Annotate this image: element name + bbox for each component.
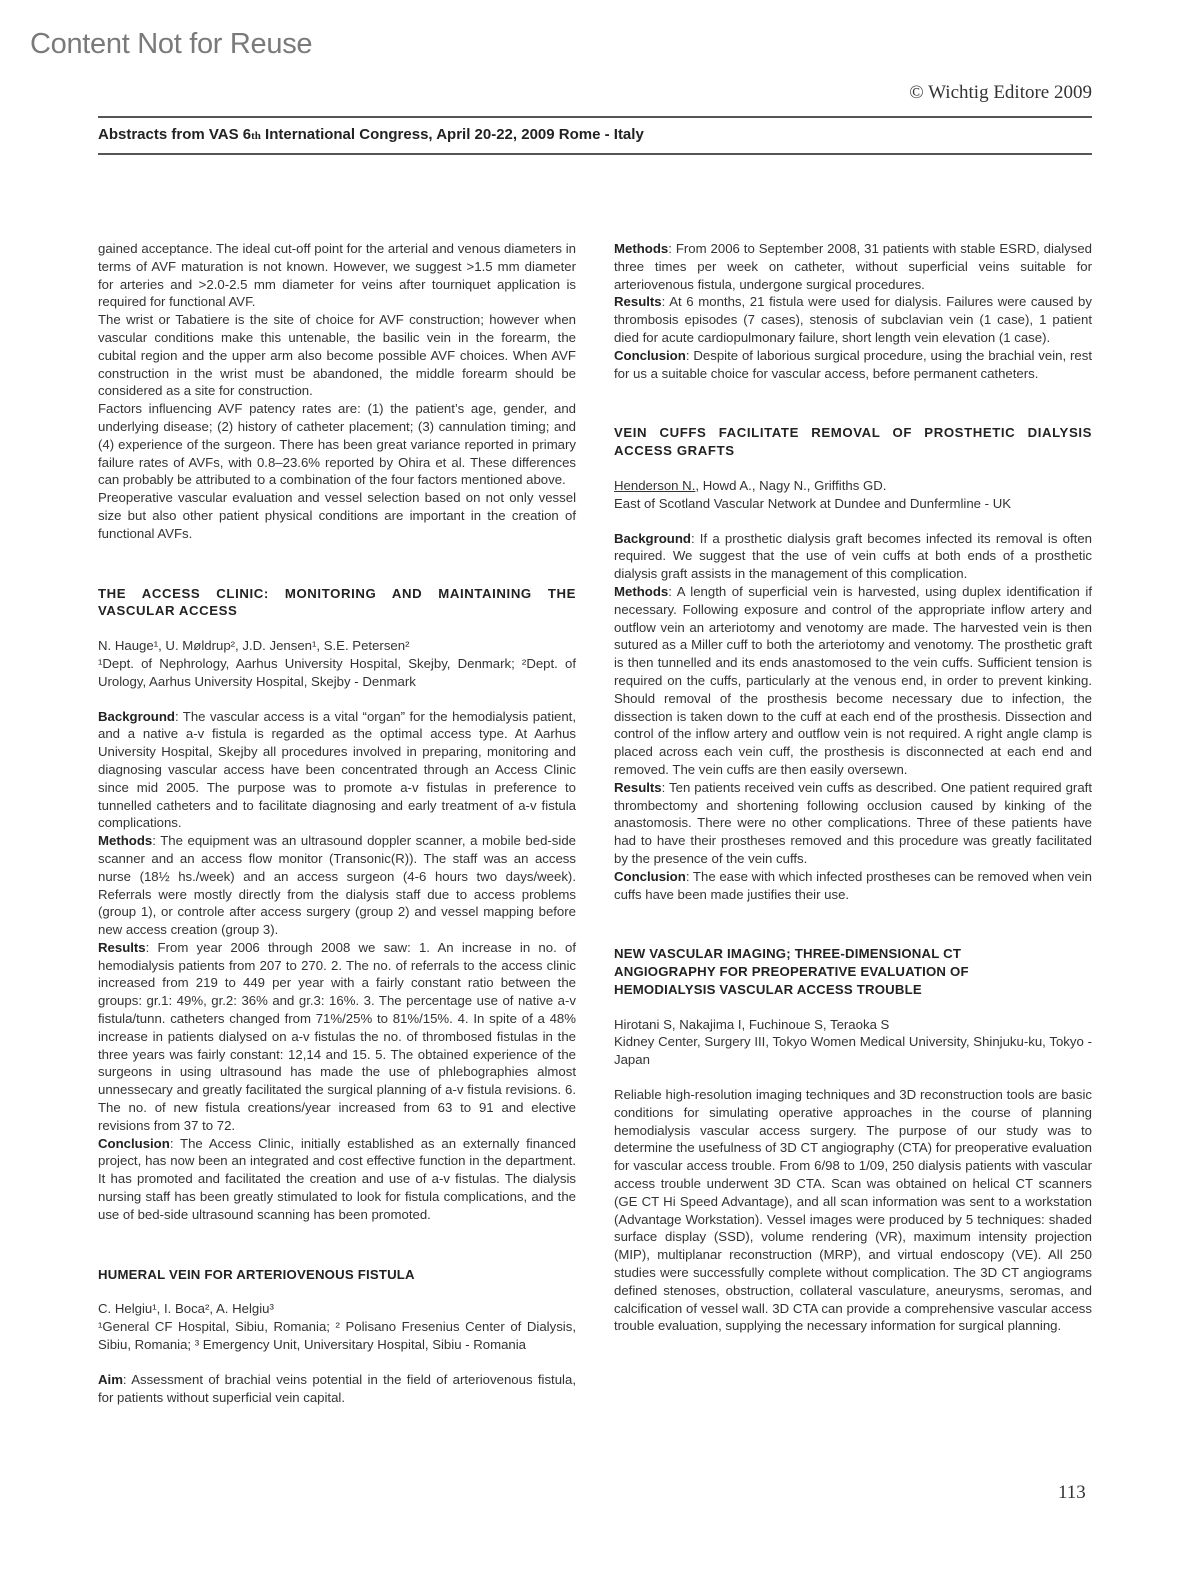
authors: Henderson N., Howd A., Nagy N., Griffith… [614,477,1092,495]
abstract-ct-angiography: NEW VASCULAR IMAGING; THREE-DIMENSIONAL … [614,945,1092,1335]
section-text: : The Access Clinic, initially establish… [98,1136,576,1222]
conclusion-section: Conclusion: The ease with which infected… [614,868,1092,904]
section-label: Background [98,709,175,724]
abstract-title-line: NEW VASCULAR IMAGING; THREE-DIMENSIONAL … [614,945,1092,963]
results-section: Results: From year 2006 through 2008 we … [98,939,576,1135]
affiliations: ¹General CF Hospital, Sibiu, Romania; ² … [98,1318,576,1354]
right-column: Methods: From 2006 to September 2008, 31… [614,240,1092,1335]
abstract-title: VEIN CUFFS FACILITATE REMOVAL OF PROSTHE… [614,424,1092,460]
section-label: Methods [614,241,668,256]
section-label: Methods [98,833,152,848]
header-rule-top [98,116,1092,118]
section-text: : From 2006 to September 2008, 31 patien… [614,241,1092,292]
affiliations: ¹Dept. of Nephrology, Aarhus University … [98,655,576,691]
left-column: gained acceptance. The ideal cut-off poi… [98,240,576,1406]
abstract-title: THE ACCESS CLINIC: MONITORING AND MAINTA… [98,585,576,621]
abstract-humeral-vein-continued: Methods: From 2006 to September 2008, 31… [614,240,1092,382]
methods-section: Methods: From 2006 to September 2008, 31… [614,240,1092,293]
section-text: : At 6 months, 21 fistula were used for … [614,294,1092,345]
abstract-access-clinic: THE ACCESS CLINIC: MONITORING AND MAINTA… [98,585,576,1224]
running-head: Abstracts from VAS 6th International Con… [98,126,644,143]
background-section: Background: If a prosthetic dialysis gra… [614,530,1092,583]
section-text: : The vascular access is a vital “organ”… [98,709,576,831]
page-number: 113 [1058,1482,1086,1504]
affiliations: Kidney Center, Surgery III, Tokyo Women … [614,1033,1092,1069]
abstract-title-line: HEMODIALYSIS VASCULAR ACCESS TROUBLE [614,981,1092,999]
aim-section: Aim: Assessment of brachial veins potent… [98,1371,576,1407]
authors: Hirotani S, Nakajima I, Fuchinoue S, Ter… [614,1016,1092,1034]
section-label: Results [98,940,146,955]
watermark: Content Not for Reuse [30,28,312,61]
abstract-humeral-vein: HUMERAL VEIN FOR ARTERIOVENOUS FISTULA C… [98,1266,576,1407]
methods-section: Methods: The equipment was an ultrasound… [98,832,576,939]
section-text: : Despite of laborious surgical procedur… [614,348,1092,381]
paragraph: Factors influencing AVF patency rates ar… [98,400,576,489]
header-rule-bottom [98,153,1092,155]
section-text: : From year 2006 through 2008 we saw: 1.… [98,940,576,1133]
conclusion-section: Conclusion: The Access Clinic, initially… [98,1135,576,1224]
authors: C. Helgiu¹, I. Boca², A. Helgiu³ [98,1300,576,1318]
paragraph: gained acceptance. The ideal cut-off poi… [98,240,576,311]
affiliations: East of Scotland Vascular Network at Dun… [614,495,1092,513]
copyright-notice: © Wichtig Editore 2009 [909,82,1092,104]
section-label: Methods [614,584,668,599]
background-section: Background: The vascular access is a vit… [98,708,576,833]
conclusion-section: Conclusion: Despite of laborious surgica… [614,347,1092,383]
results-section: Results: Ten patients received vein cuff… [614,779,1092,868]
authors: N. Hauge¹, U. Møldrup², J.D. Jensen¹, S.… [98,637,576,655]
methods-section: Methods: A length of superficial vein is… [614,583,1092,779]
presenting-author: Henderson N. [614,478,695,493]
section-label: Conclusion [98,1136,170,1151]
other-authors: , Howd A., Nagy N., Griffiths GD. [695,478,886,493]
section-label: Results [614,294,662,309]
section-label: Aim [98,1372,123,1387]
paragraph: Preoperative vascular evaluation and ves… [98,489,576,542]
section-text: : The ease with which infected prosthese… [614,869,1092,902]
paragraph: The wrist or Tabatiere is the site of ch… [98,311,576,400]
abstract-body: Reliable high-resolution imaging techniq… [614,1086,1092,1335]
results-section: Results: At 6 months, 21 fistula were us… [614,293,1092,346]
running-head-suffix: International Congress, April 20-22, 200… [261,126,644,143]
section-label: Results [614,780,662,795]
section-label: Conclusion [614,348,686,363]
section-label: Conclusion [614,869,686,884]
running-head-prefix: Abstracts from VAS 6 [98,126,251,143]
abstract-title-line: ANGIOGRAPHY FOR PREOPERATIVE EVALUATION … [614,963,1092,981]
section-label: Background [614,531,691,546]
abstract-vein-cuffs: VEIN CUFFS FACILITATE REMOVAL OF PROSTHE… [614,424,1092,903]
section-text: : The equipment was an ultrasound dopple… [98,833,576,937]
section-text: : A length of superficial vein is harves… [614,584,1092,777]
section-text: : Ten patients received vein cuffs as de… [614,780,1092,866]
section-text: : Assessment of brachial veins potential… [98,1372,576,1405]
running-head-sup: th [251,130,261,142]
abstract-title: HUMERAL VEIN FOR ARTERIOVENOUS FISTULA [98,1266,576,1284]
